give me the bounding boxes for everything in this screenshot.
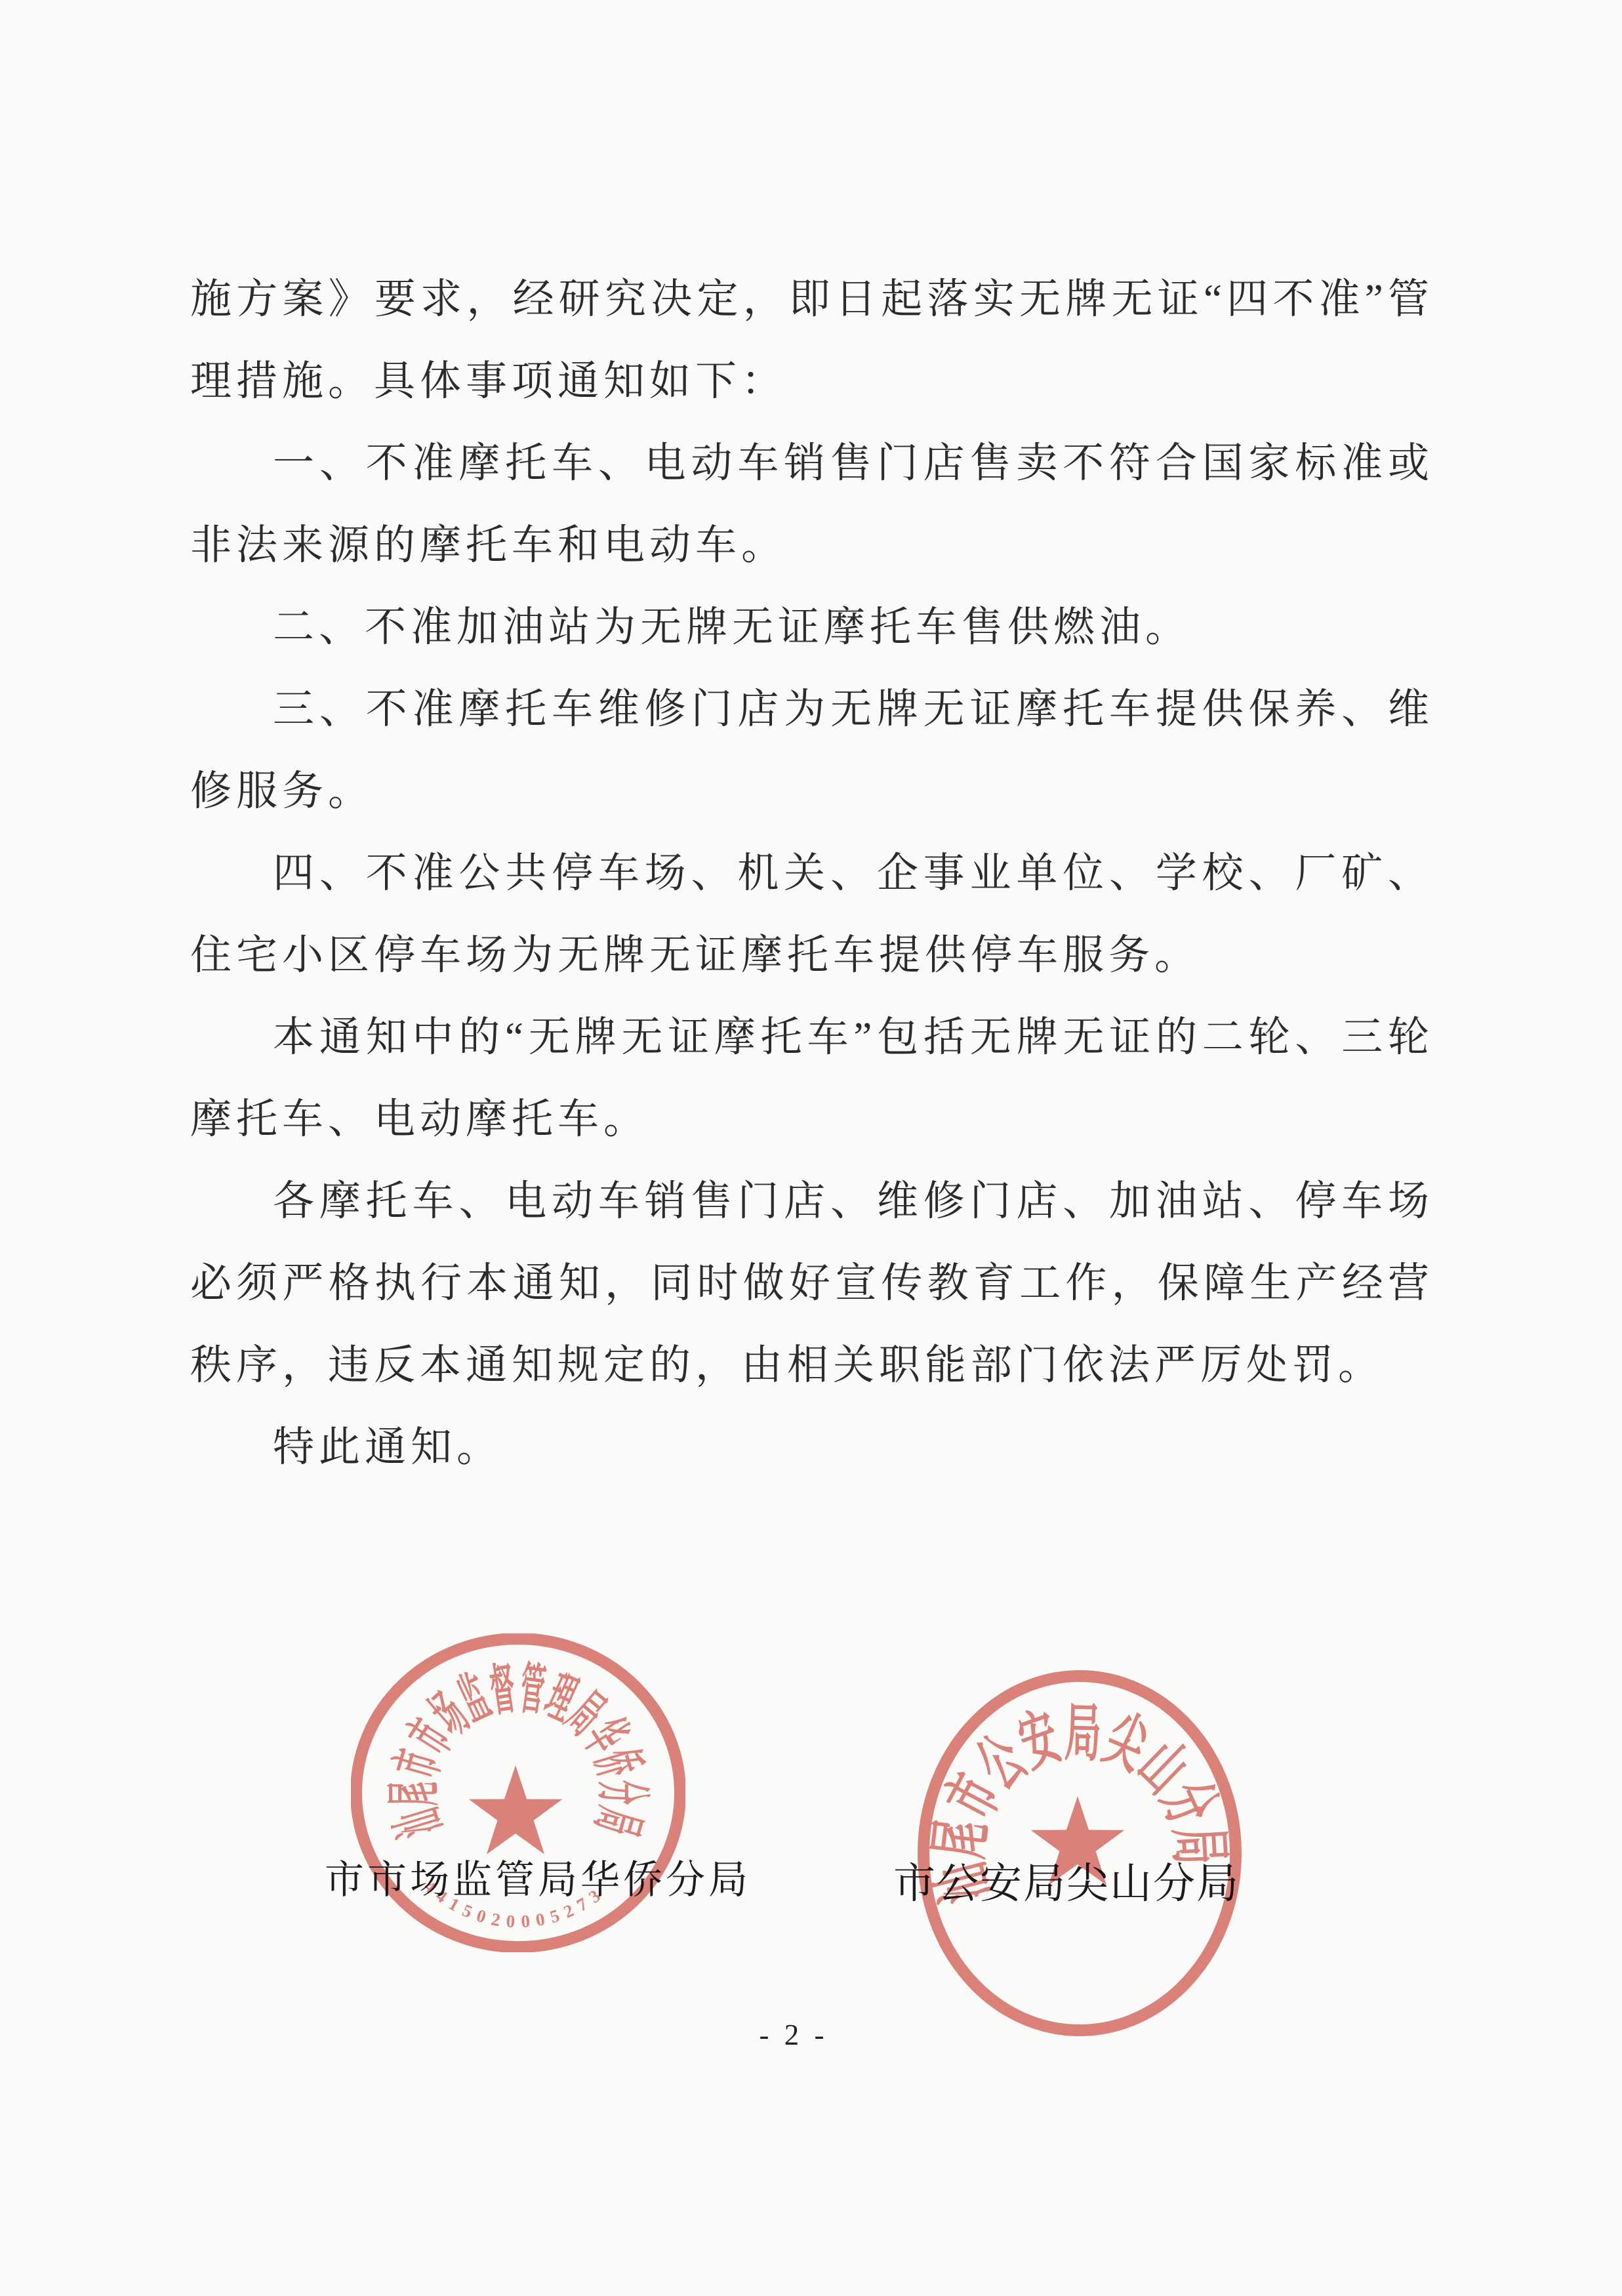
- page-number: - 2 -: [741, 2018, 846, 2052]
- paragraph-item-2: 二、不准加油站为无牌无证摩托车售供燃油。: [190, 586, 1434, 668]
- paragraph-continuation: 施方案》要求，经研究决定，即日起落实无牌无证“四不准”管理措施。具体事项通知如下…: [190, 258, 1434, 422]
- paragraph-item-4: 四、不准公共停车场、机关、企事业单位、学校、厂矿、住宅小区停车场为无牌无证摩托车…: [190, 832, 1434, 996]
- document-page: 施方案》要求，经研究决定，即日起落实无牌无证“四不准”管理措施。具体事项通知如下…: [0, 0, 1622, 2296]
- notice-body: 施方案》要求，经研究决定，即日起落实无牌无证“四不准”管理措施。具体事项通知如下…: [190, 258, 1434, 1488]
- paragraph-definition: 本通知中的“无牌无证摩托车”包括无牌无证的二轮、三轮摩托车、电动摩托车。: [190, 996, 1434, 1160]
- star-icon: [469, 1765, 563, 1855]
- paragraph-item-1: 一、不准摩托车、电动车销售门店售卖不符合国家标准或非法来源的摩托车和电动车。: [190, 422, 1434, 586]
- seal-code-text: 4415020005273: [420, 1876, 605, 1931]
- star-icon: [1031, 1796, 1125, 1885]
- official-seal-public-security: 汕尾市公安局尖山分局: [917, 1670, 1242, 2037]
- paragraph-enforcement: 各摩托车、电动车销售门店、维修门店、加油站、停车场必须严格执行本通知，同时做好宣…: [190, 1160, 1434, 1406]
- paragraph-closing: 特此通知。: [190, 1406, 1434, 1488]
- svg-text:4415020005273: 4415020005273: [420, 1876, 605, 1931]
- official-seal-market-supervision: 汕尾市市场监督管理局华侨分局 4415020005273: [351, 1633, 685, 1952]
- paragraph-item-3: 三、不准摩托车维修门店为无牌无证摩托车提供保养、维修服务。: [190, 668, 1434, 832]
